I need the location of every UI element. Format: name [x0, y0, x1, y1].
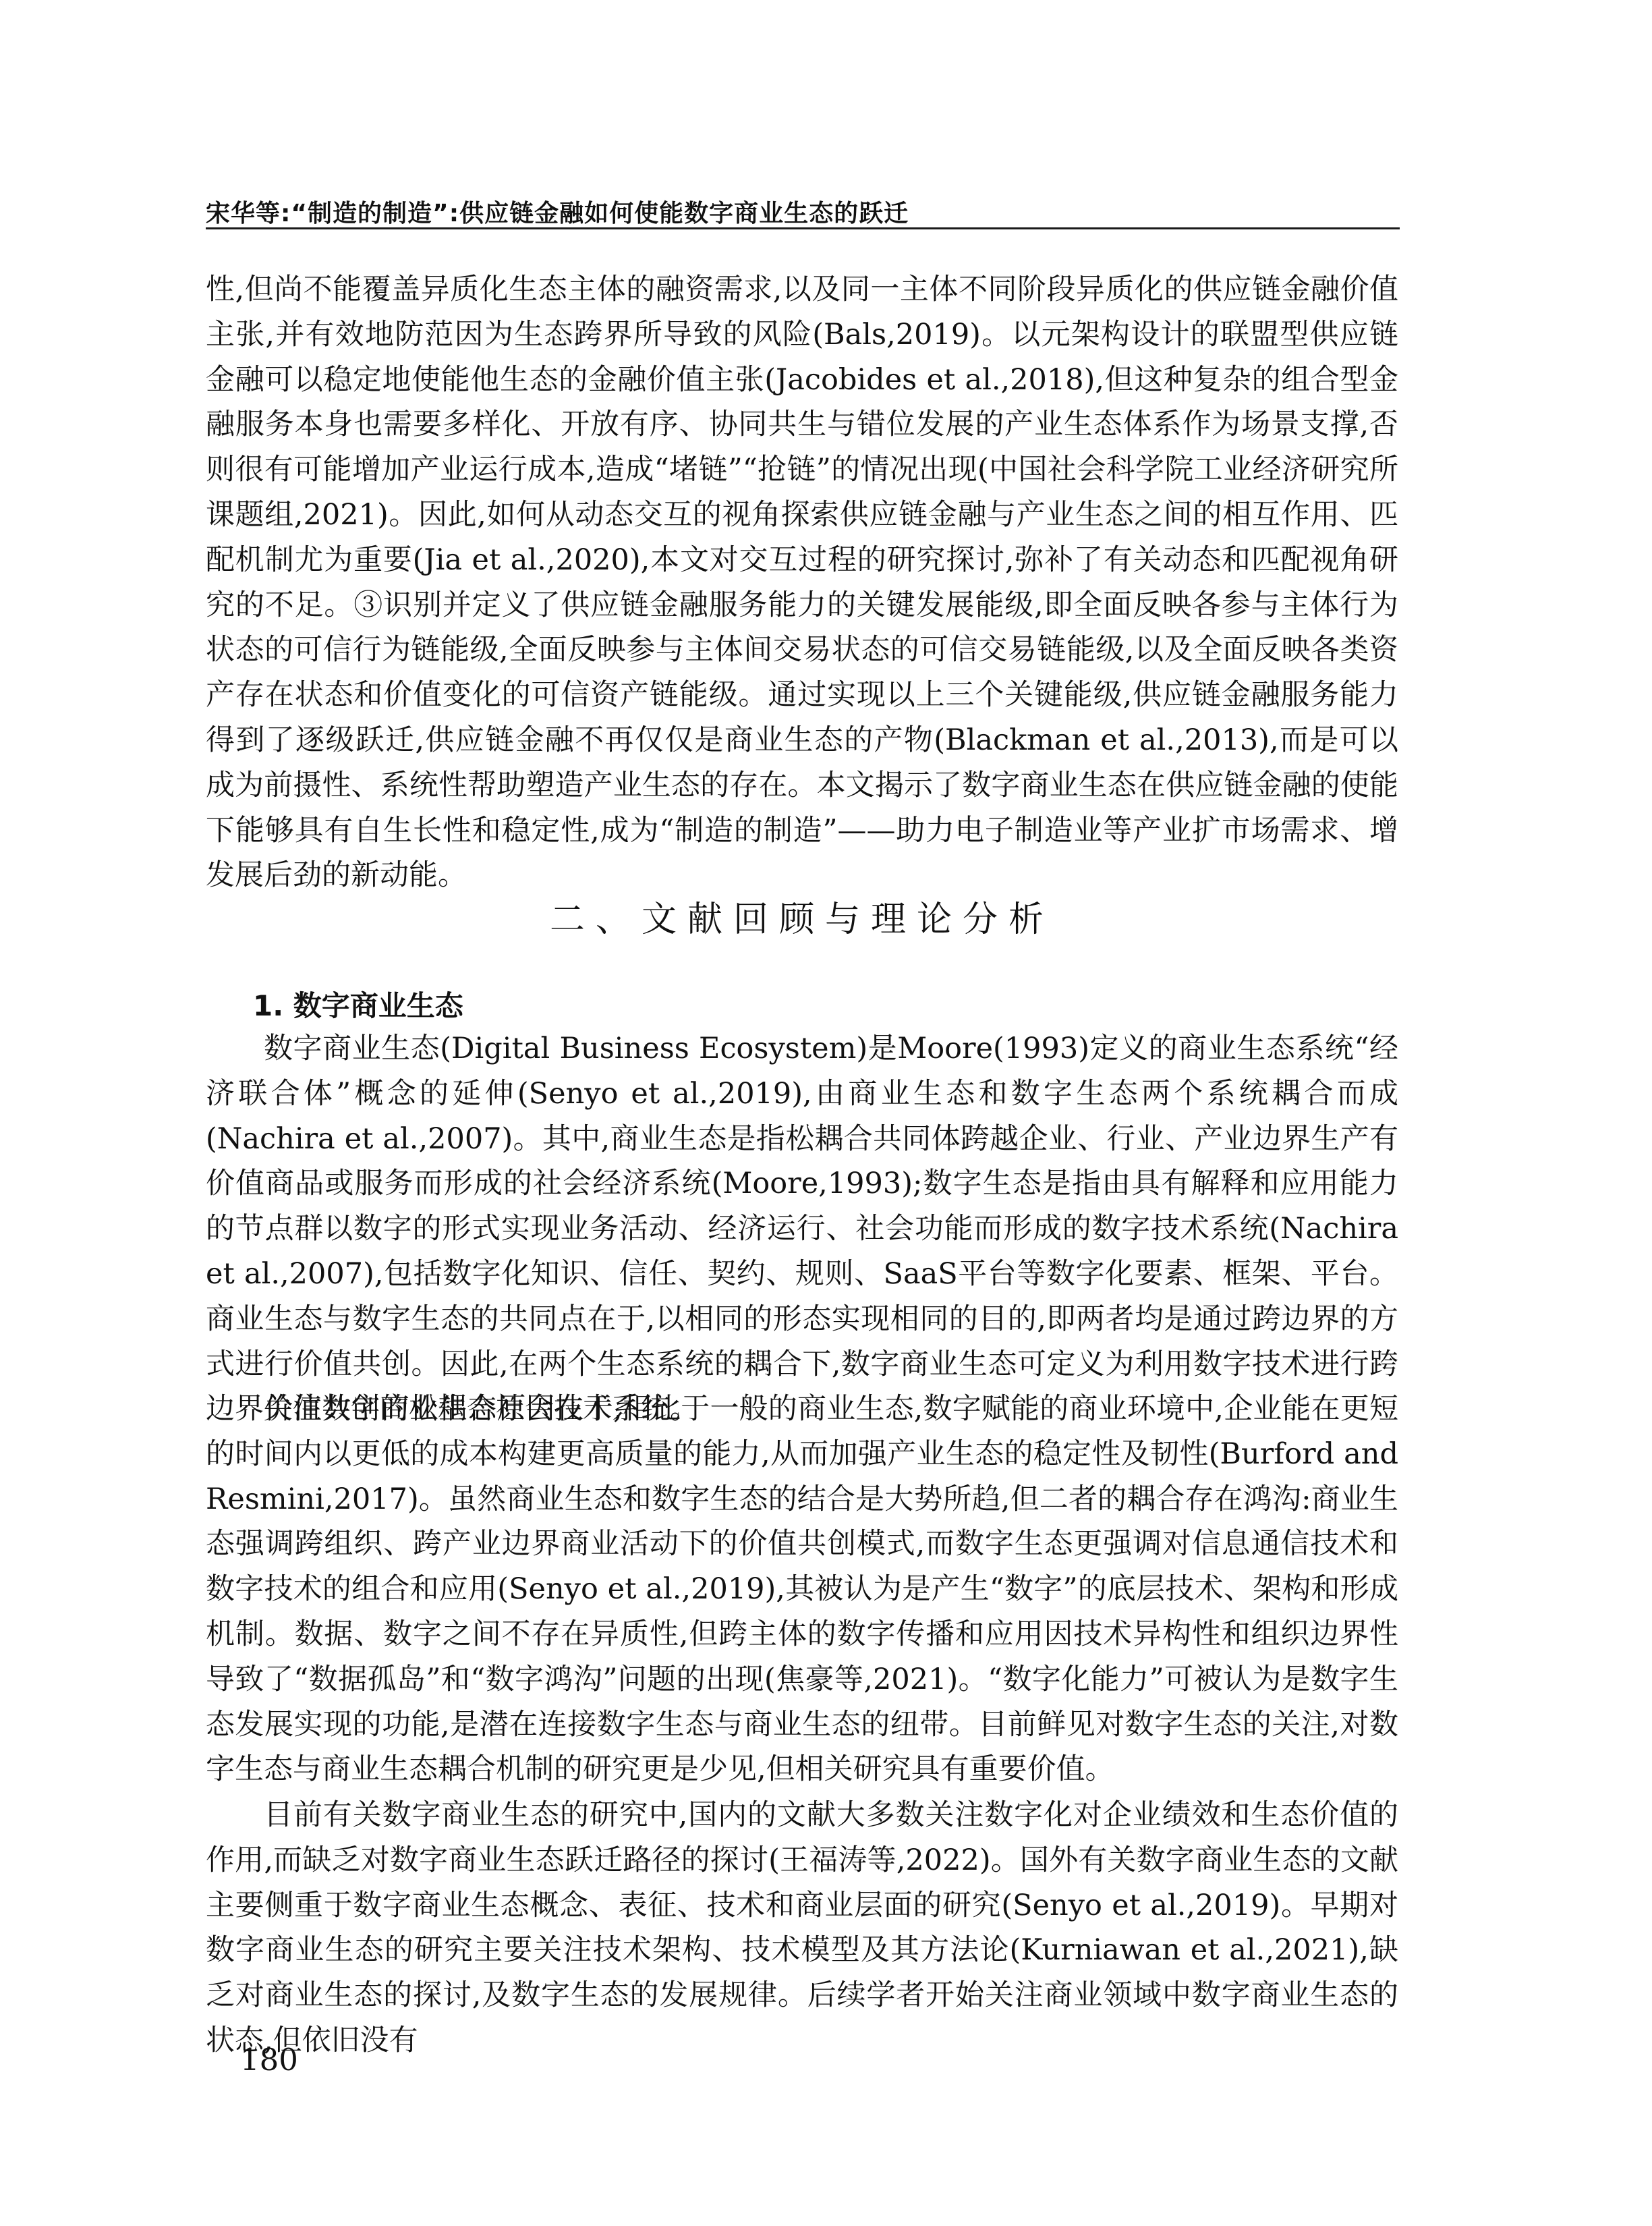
paragraph-current-research-status: 目前有关数字商业生态的研究中,国内的文献大多数关注数字化对企业绩效和生态价值的作… [206, 1793, 1398, 2063]
section-heading: 二、文献回顾与理论分析 [206, 891, 1398, 941]
journal-page: 宋华等:“制造的制造”:供应链金融如何使能数字商业生态的跃迁 性,但尚不能覆盖异… [0, 0, 1652, 2226]
header-rule [206, 227, 1400, 229]
paragraph-why-digital-business-ecosystem: 关注数字商业生态原因在于,相比于一般的商业生态,数字赋能的商业环境中,企业能在更… [206, 1387, 1398, 1792]
subsection-heading: 1. 数字商业生态 [253, 984, 463, 1024]
page-number: 180 [240, 2042, 298, 2078]
paragraph-continued-from-previous-page: 性,但尚不能覆盖异质化生态主体的融资需求,以及同一主体不同阶段异质化的供应链金融… [206, 267, 1398, 898]
paragraph-digital-business-ecosystem-definition: 数字商业生态(Digital Business Ecosystem)是Moore… [206, 1026, 1398, 1432]
running-header: 宋华等:“制造的制造”:供应链金融如何使能数字商业生态的跃迁 [206, 194, 1398, 229]
